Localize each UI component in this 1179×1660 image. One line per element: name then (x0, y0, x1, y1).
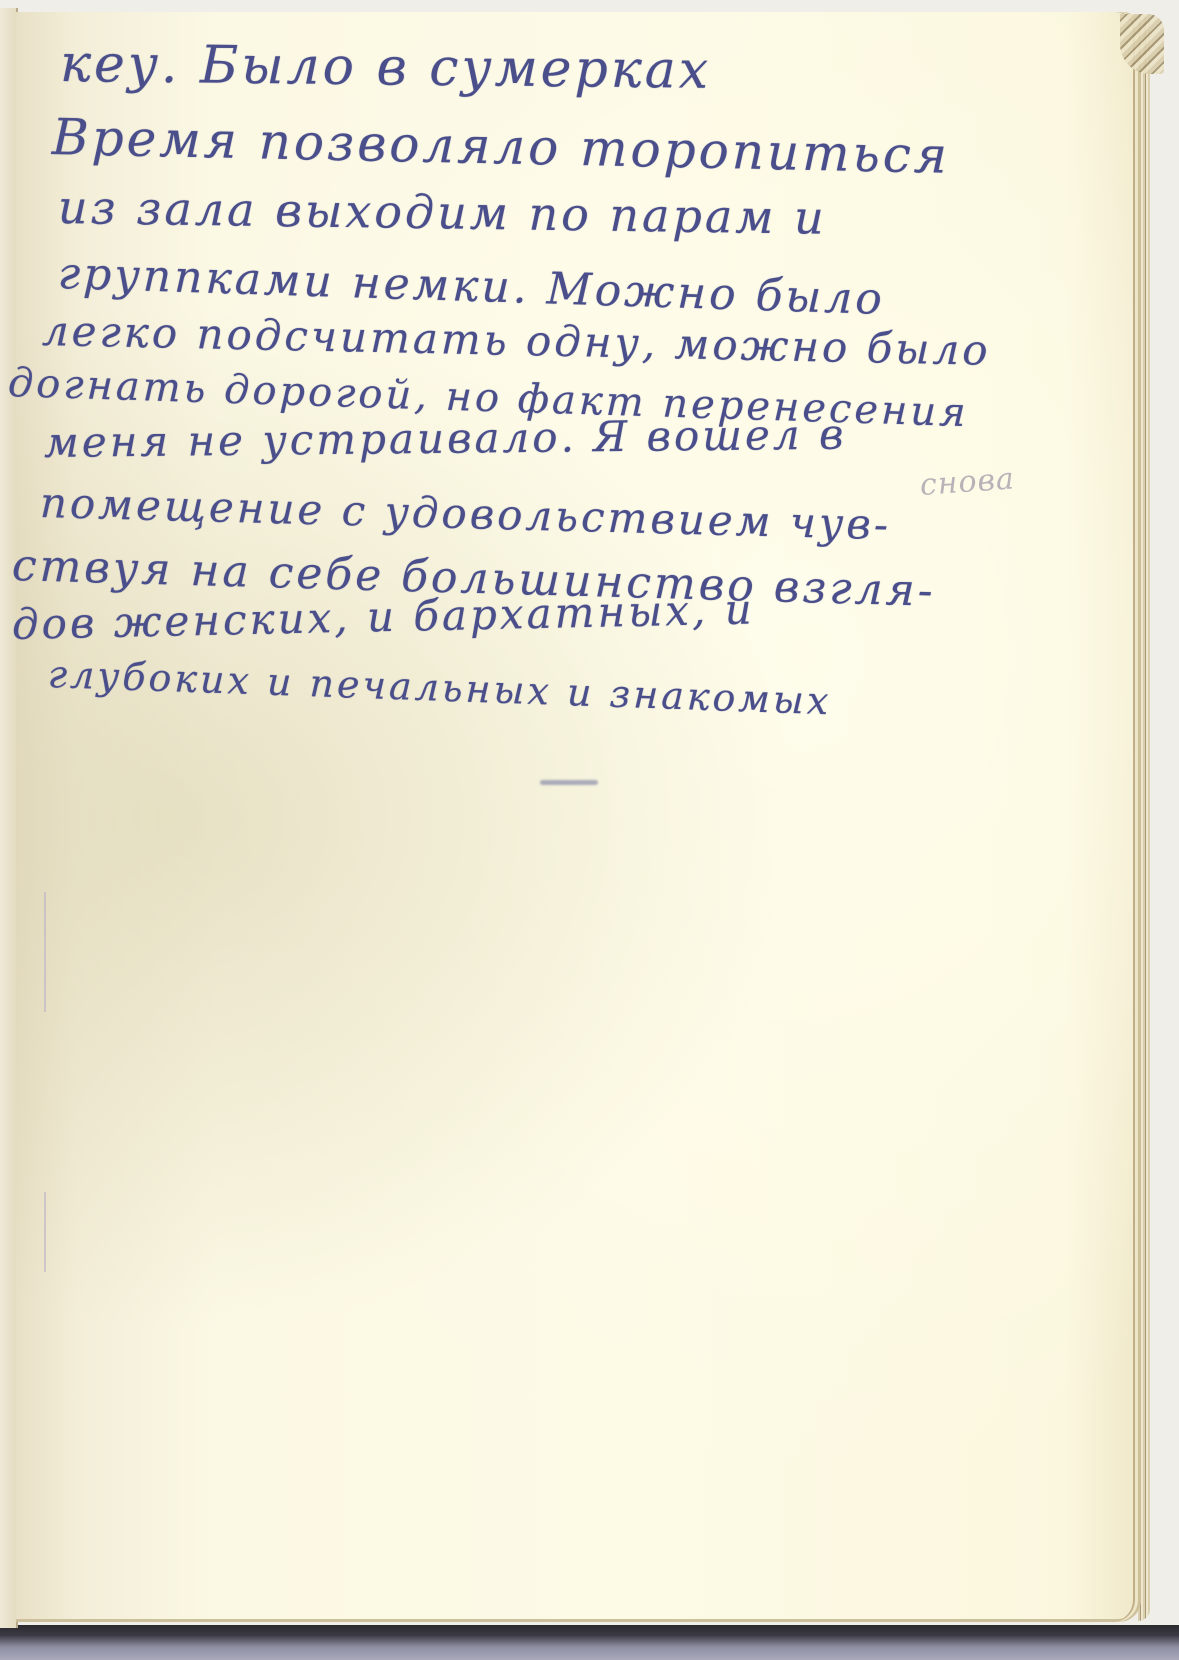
handwritten-insertion: снова (919, 461, 1016, 503)
handwritten-line-3: из зала выходим по парам и (58, 180, 828, 245)
margin-mark (44, 1192, 46, 1272)
ink-smudge (540, 780, 598, 785)
handwritten-line-1: кеу. Было в сумерках (60, 34, 712, 101)
margin-mark (44, 892, 46, 1012)
handwritten-line-7: меня не устраивало. Я вошел в (44, 410, 847, 467)
scanner-bottom-edge (0, 1625, 1179, 1660)
